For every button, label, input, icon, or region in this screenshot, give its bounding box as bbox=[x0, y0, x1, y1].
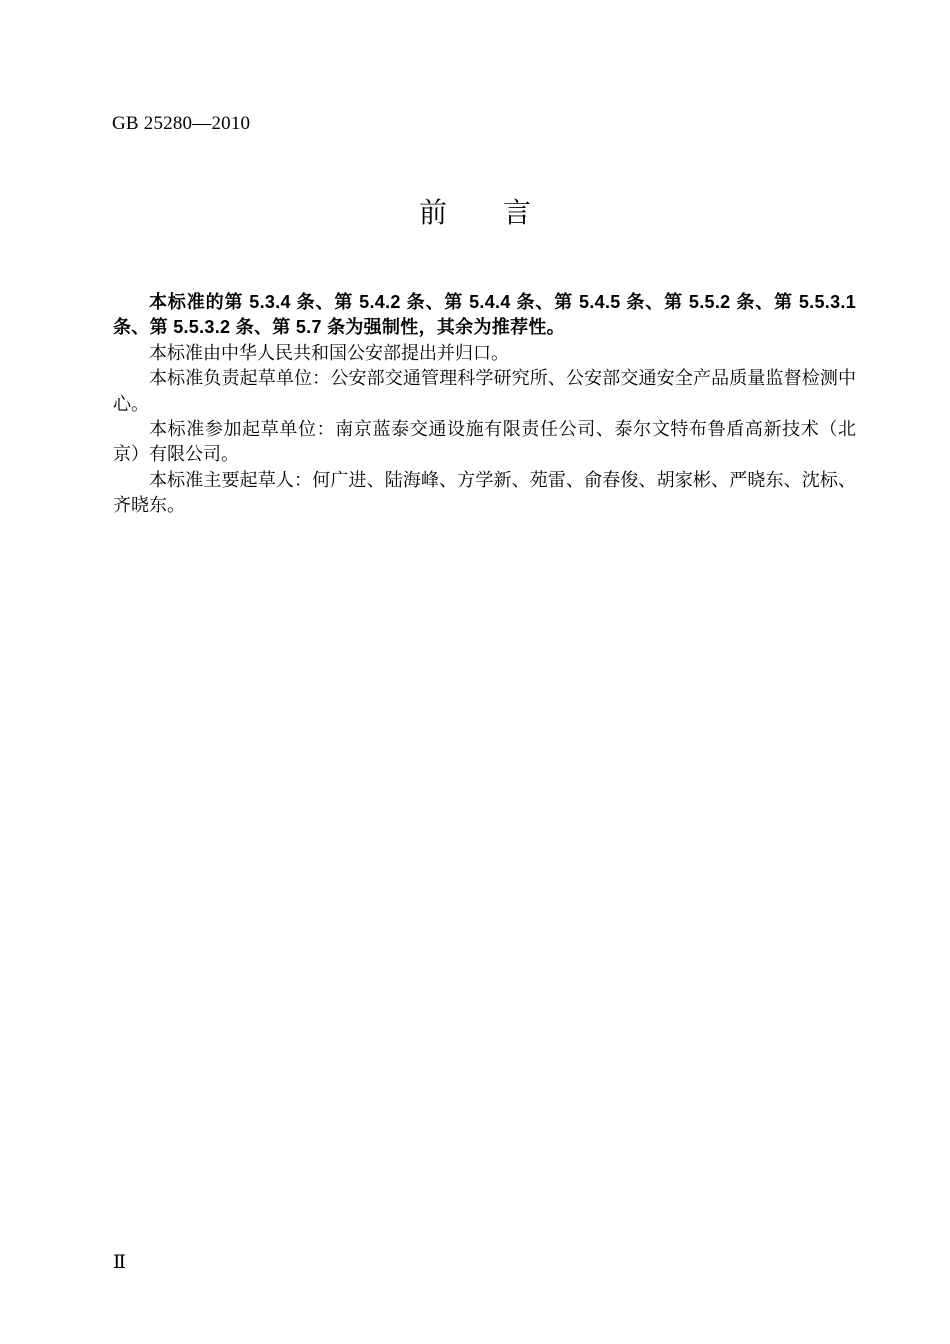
paragraph-main-drafters: 本标准主要起草人：何广进、陆海峰、方学新、苑雷、俞春俊、胡家彬、严晓东、沈标、齐… bbox=[113, 468, 856, 519]
document-page: GB 25280—2010 前 言 本标准的第 5.3.4 条、第 5.4.2 … bbox=[0, 0, 950, 1344]
paragraph-participating-drafting-units: 本标准参加起草单位：南京蓝泰交通设施有限责任公司、泰尔文特布鲁盾高新技术（北京）… bbox=[113, 417, 856, 468]
paragraph-mandatory-clauses: 本标准的第 5.3.4 条、第 5.4.2 条、第 5.4.4 条、第 5.4.… bbox=[113, 290, 856, 341]
paragraph-proposed-by: 本标准由中华人民共和国公安部提出并归口。 bbox=[113, 341, 856, 366]
standard-code: GB 25280—2010 bbox=[112, 114, 250, 135]
page-number: Ⅱ bbox=[113, 1252, 126, 1275]
paragraph-responsible-drafting-unit: 本标准负责起草单位：公安部交通管理科学研究所、公安部交通安全产品质量监督检测中心… bbox=[113, 366, 856, 417]
foreword-title: 前 言 bbox=[0, 197, 950, 229]
foreword-body: 本标准的第 5.3.4 条、第 5.4.2 条、第 5.4.4 条、第 5.4.… bbox=[113, 290, 856, 519]
